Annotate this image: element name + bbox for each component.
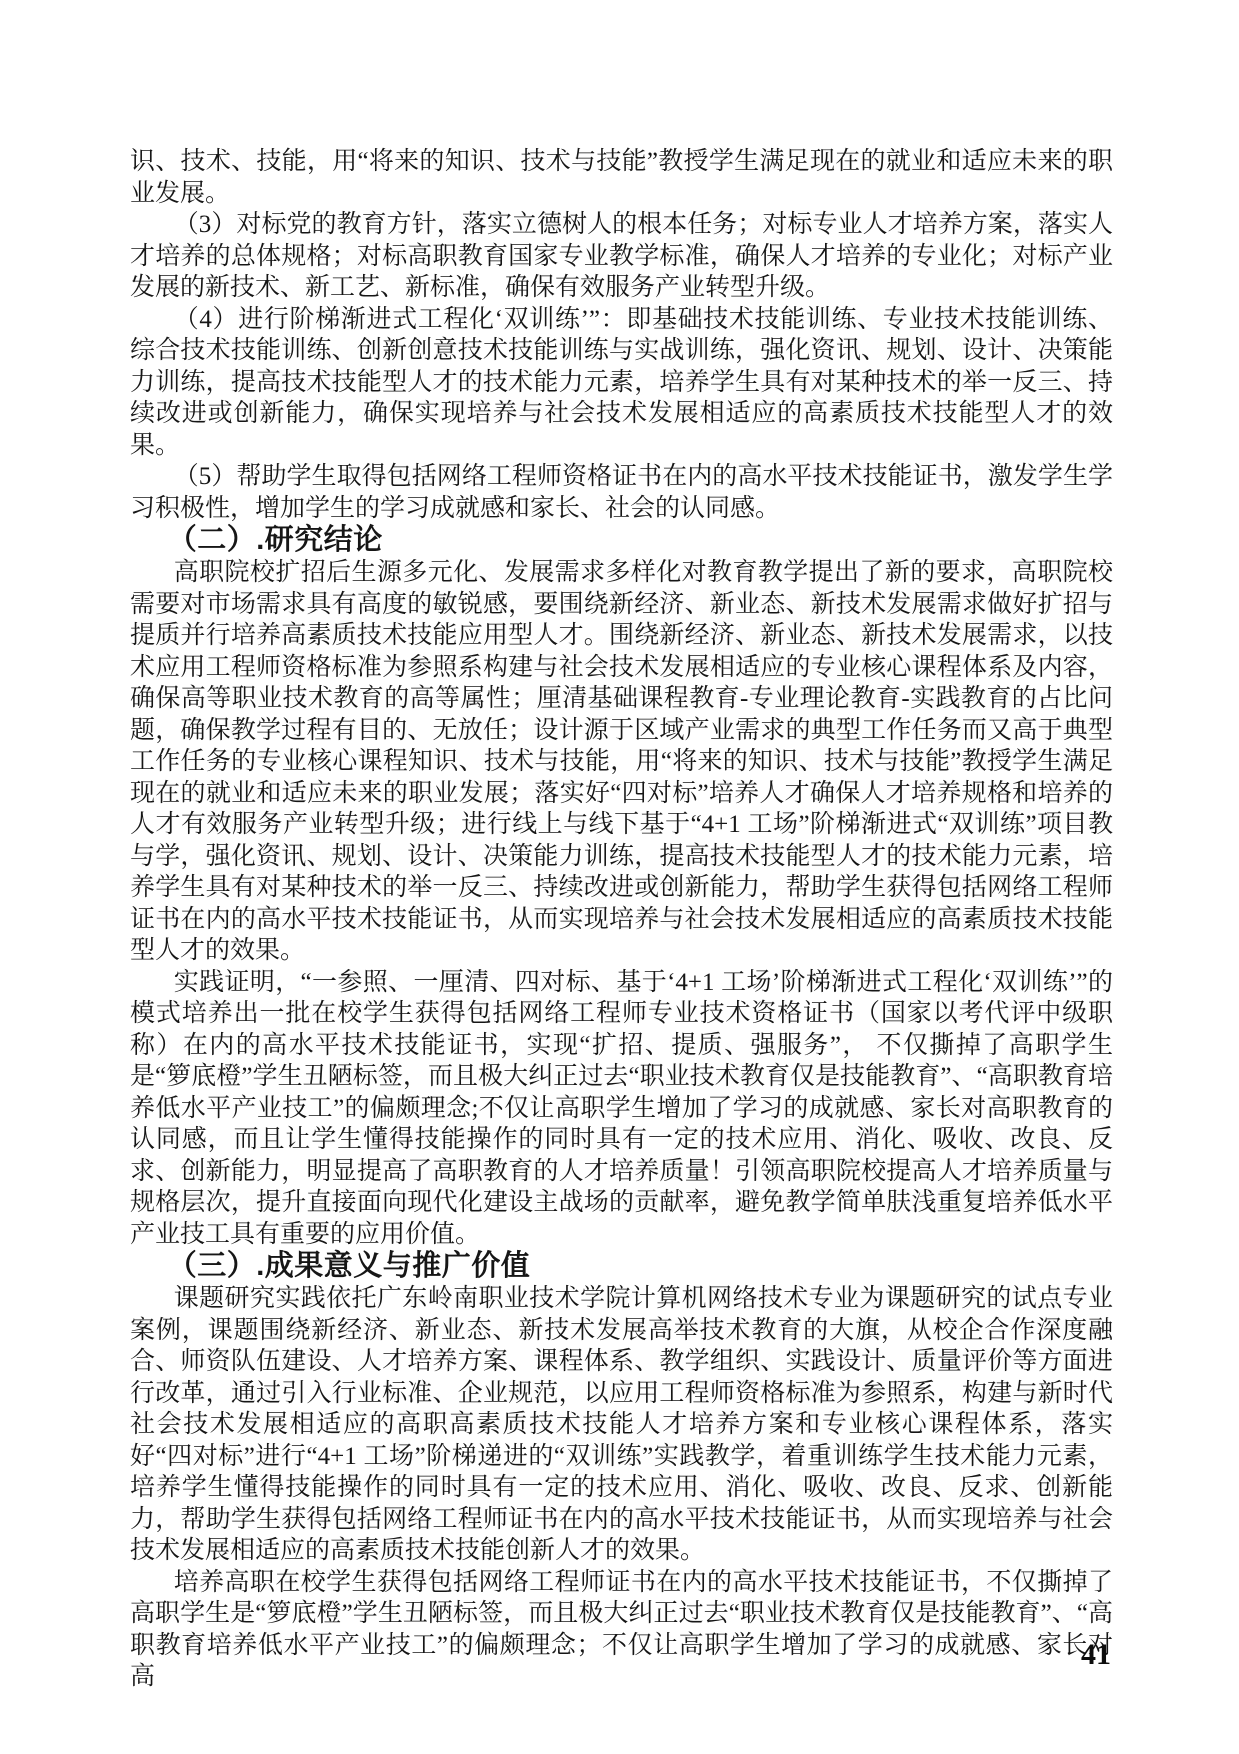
page-number: 41	[1081, 1638, 1111, 1672]
document-text-block: 识、技术、技能，用“将来的知识、技术与技能”教授学生满足现在的就业和适应未来的职…	[130, 146, 1113, 1693]
body-paragraph: 课题研究实践依托广东岭南职业技术学院计算机网络技术专业为课题研究的试点专业案例，…	[130, 1283, 1113, 1567]
body-paragraph: 高职院校扩招后生源多元化、发展需求多样化对教育教学提出了新的要求，高职院校需要对…	[130, 557, 1113, 967]
section-heading-research-conclusion: （二）.研究结论	[130, 524, 1113, 557]
body-paragraph: 培养高职在校学生获得包括网络工程师证书在内的高水平技术技能证书，不仅撕掉了高职学…	[130, 1567, 1113, 1693]
body-paragraph: （3）对标党的教育方针，落实立德树人的根本任务；对标专业人才培养方案，落实人才培…	[130, 209, 1113, 304]
body-paragraph: （5）帮助学生取得包括网络工程师资格证书在内的高水平技术技能证书，激发学生学习积…	[130, 461, 1113, 524]
document-page: 识、技术、技能，用“将来的知识、技术与技能”教授学生满足现在的就业和适应未来的职…	[0, 0, 1239, 1754]
section-heading-achievement-significance: （三）.成果意义与推广价值	[130, 1250, 1113, 1283]
body-paragraph: 实践证明，“一参照、一厘清、四对标、基于‘4+1 工场’阶梯渐进式工程化‘双训练…	[130, 967, 1113, 1251]
body-paragraph: 识、技术、技能，用“将来的知识、技术与技能”教授学生满足现在的就业和适应未来的职…	[130, 146, 1113, 209]
body-paragraph: （4）进行阶梯渐进式工程化‘双训练’”：即基础技术技能训练、专业技术技能训练、综…	[130, 304, 1113, 462]
